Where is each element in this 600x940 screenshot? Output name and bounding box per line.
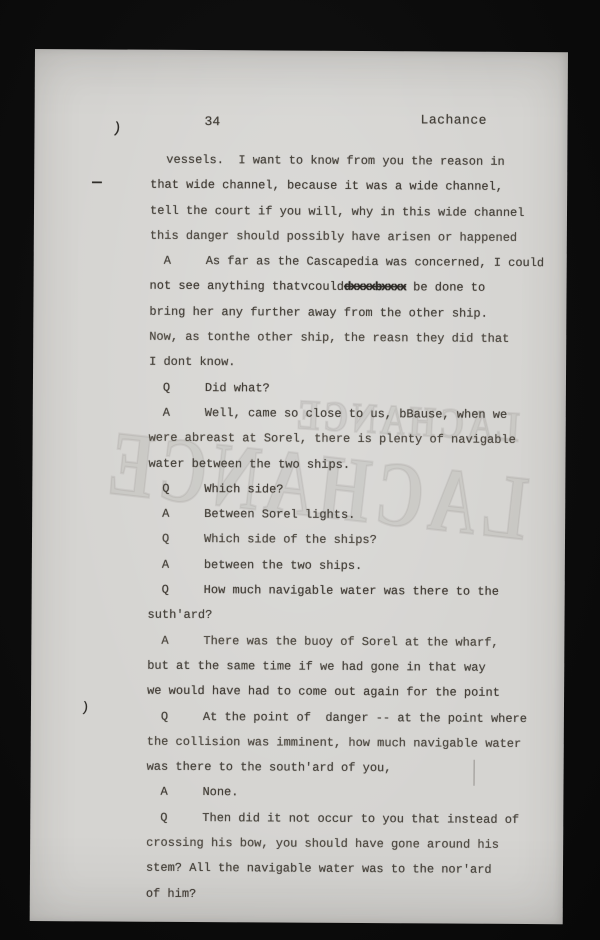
transcript-line: AThere was the buoy of Sorel at the whar…: [31, 628, 564, 657]
transcript-line: was there to the south'ard of you,: [31, 754, 564, 783]
qa-text: Between Sorel lights.: [204, 507, 355, 522]
qa-text: None.: [202, 785, 238, 799]
transcript-line: Abetween the two ships.: [32, 552, 565, 581]
transcript-line: I dont know.: [33, 349, 566, 378]
transcript-line: suth'ard?: [31, 602, 564, 631]
transcript-line: the collision was imminent, how much nav…: [31, 729, 564, 758]
transcript-line: water between the two ships.: [32, 451, 565, 480]
margin-paren-mark-top: ): [111, 120, 122, 138]
transcript-line: but at the same time if we had gone in t…: [31, 653, 564, 682]
qa-text: Which side of the ships?: [204, 532, 377, 547]
transcript-line: QDid what?: [33, 375, 566, 404]
qa-text: between the two ships.: [204, 558, 363, 573]
transcript-line: vessels. I want to know from you the rea…: [34, 147, 567, 176]
qa-text: Which side?: [204, 482, 283, 496]
transcript-line: QThen did it not occur to you that inste…: [30, 805, 563, 834]
witness-name: Lachance: [421, 112, 488, 127]
transcript-line: QHow much navigable water was there to t…: [32, 577, 565, 606]
transcript-line: bring her any further away from the othe…: [33, 299, 566, 328]
transcript-line: crossing his bow, you should have gone a…: [30, 830, 563, 859]
qa-letter: Q: [160, 805, 202, 831]
qa-letter: A: [161, 628, 203, 654]
transcript-line: QWhich side of the ships?: [32, 526, 565, 555]
transcript-line: ABetween Sorel lights.: [32, 501, 565, 530]
qa-text: How much navigable water was there to th…: [204, 583, 499, 599]
qa-letter: A: [162, 553, 204, 579]
qa-text: Did what?: [205, 381, 270, 395]
qa-text: Well, came so close to us, bBause, when …: [205, 406, 508, 422]
qa-letter: A: [163, 401, 205, 427]
qa-letter: Q: [162, 527, 204, 553]
transcript-line: QWhich side?: [32, 476, 565, 505]
line-text: not see anything thatvcould: [150, 279, 345, 294]
transcript-line: not see anything thatvcoulddxxxxbxxxx be…: [33, 273, 566, 302]
line-text: be done to: [406, 281, 485, 295]
transcript-body: vessels. I want to know from you the rea…: [30, 147, 568, 909]
qa-letter: A: [160, 780, 202, 806]
scanner-background: LACHANCE LACHANCE ) — ) 34 Lachance vess…: [0, 0, 600, 940]
document-page: LACHANCE LACHANCE ) — ) 34 Lachance vess…: [30, 49, 568, 924]
struck-out-text: dxxxxbxxxx: [344, 280, 406, 294]
transcript-line: we would have had to come out again for …: [31, 678, 564, 707]
qa-letter: Q: [162, 477, 204, 503]
transcript-line: ANone.: [30, 779, 563, 808]
transcript-line: were abreast at Sorel, there is plenty o…: [33, 425, 566, 454]
qa-letter: Q: [163, 375, 205, 401]
transcript-line: AAs far as the Cascapedia was concerned,…: [34, 248, 567, 277]
qa-letter: A: [162, 502, 204, 528]
transcript-line: AWell, came so close to us, bBause, when…: [33, 400, 566, 429]
qa-text: At the point of danger -- at the point w…: [203, 710, 527, 726]
transcript-line: tell the court if you will, why in this …: [34, 198, 567, 227]
qa-text: Then did it not occur to you that instea…: [202, 811, 519, 827]
qa-letter: A: [164, 249, 206, 275]
transcript-line: Now, as tonthe other ship, the reasn the…: [33, 324, 566, 353]
qa-text: As far as the Cascapedia was concerned, …: [206, 254, 545, 270]
transcript-line: of him?: [30, 881, 563, 910]
transcript-line: QAt the point of danger -- at the point …: [31, 704, 564, 733]
page-number: 34: [205, 114, 221, 129]
transcript-line: this danger should possibly have arisen …: [34, 223, 567, 252]
qa-letter: Q: [162, 578, 204, 604]
qa-text: There was the buoy of Sorel at the wharf…: [203, 634, 498, 650]
transcript-line: stem? All the navigable water was to the…: [30, 855, 563, 884]
transcript-line: that wide channel, because it was a wide…: [34, 172, 567, 201]
qa-letter: Q: [161, 704, 203, 730]
